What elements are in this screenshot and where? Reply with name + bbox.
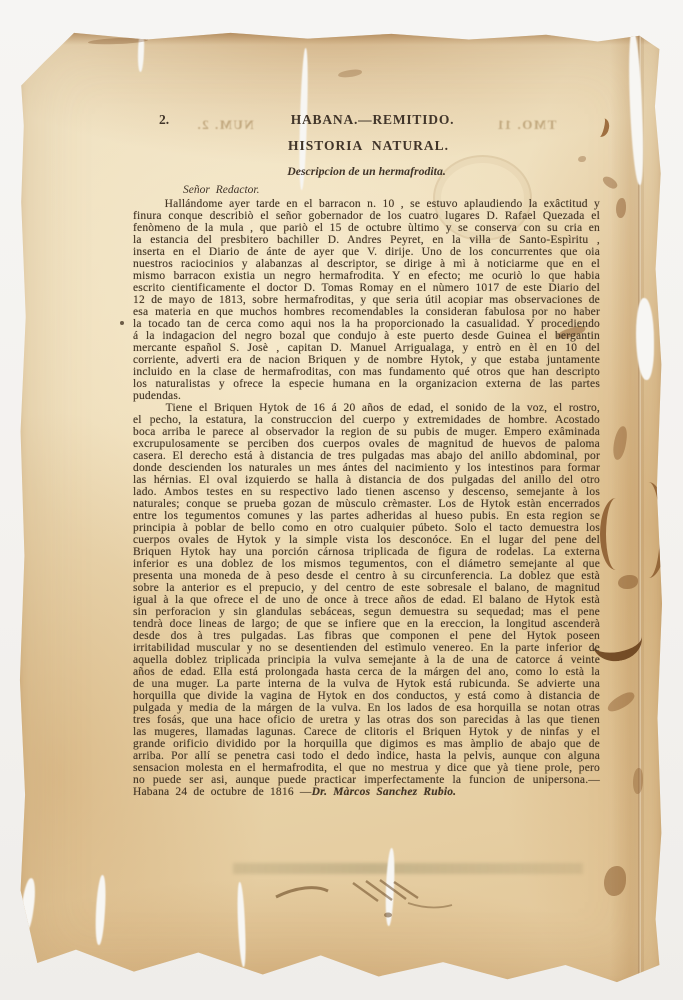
article-paragraph-1: Hallándome ayer tarde en el barracon n. …	[133, 198, 600, 402]
section-title: HISTORIA NATURAL.	[135, 138, 602, 154]
photo-backdrop: NUM. 2. TMO. 11 2. HABANA.—REMITIDO. HIS…	[0, 0, 683, 1000]
stain-blotch	[618, 575, 638, 589]
author-signature: Dr. Màrcos Sanchez Rubio.	[312, 786, 457, 798]
bleedthrough-smudge	[233, 863, 583, 874]
right-fold-shadow	[610, 30, 644, 986]
printed-column: 2. HABANA.—REMITIDO. HISTORIA NATURAL. D…	[133, 112, 600, 798]
paper-tear	[384, 848, 396, 926]
stain-blotch	[601, 174, 619, 191]
paper-tear	[137, 30, 145, 72]
paper-tear	[94, 875, 108, 945]
paper-tear	[659, 858, 676, 958]
torn-top-edge-stain	[18, 30, 662, 45]
stain-blotch	[612, 425, 629, 460]
stain-blotch	[633, 768, 643, 794]
stain-crescent	[630, 482, 667, 578]
ink-scribble	[258, 875, 458, 920]
margin-ink-dot	[120, 321, 124, 325]
paragraph-text: Hallándome ayer tarde en el barracon n. …	[133, 198, 600, 402]
article-paragraph-2: Tiene el Briquen Hytok de 16 á 20 años d…	[133, 402, 600, 798]
masthead-title: HABANA.—REMITIDO.	[139, 112, 606, 128]
paper-tear	[636, 298, 654, 380]
document-page: NUM. 2. TMO. 11 2. HABANA.—REMITIDO. HIS…	[18, 30, 662, 986]
stain-crescent	[600, 498, 632, 570]
paper-tear	[237, 882, 247, 967]
header-row: 2. HABANA.—REMITIDO.	[133, 112, 600, 127]
stain-blotch	[604, 866, 626, 896]
stain-blotch	[605, 690, 637, 715]
paper-tear	[627, 30, 644, 185]
paper-tear	[18, 877, 38, 933]
right-fold-crease	[638, 30, 641, 986]
stain-blotch	[616, 198, 626, 218]
salutation: Señor Redactor.	[133, 184, 600, 196]
stain-blotch	[88, 37, 148, 45]
paragraph-text: Tiene el Briquen Hytok de 16 á 20 años d…	[133, 402, 600, 798]
stain-blotch	[338, 69, 363, 78]
article-subtitle: Descripcion de un hermafrodita.	[133, 164, 600, 179]
